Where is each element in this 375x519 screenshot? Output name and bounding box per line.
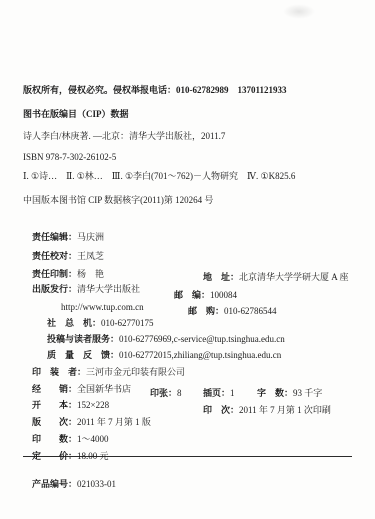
wordcount-value: 93 千字: [293, 388, 322, 398]
inserts-cell: 插页：1: [203, 387, 235, 399]
printrun-row: 印 数：1～4000: [23, 421, 355, 433]
cip-heading: 图书在版编目（CIP）数据: [23, 108, 355, 120]
edition-row: 版 次：2011 年 7 月第 1 版 印 次：2011 年 7 月第 1 次印…: [23, 404, 355, 416]
printer-row: 印 装 者：三河市金元印装有限公司: [23, 354, 355, 366]
mailorder-value: 010-62786544: [224, 306, 277, 316]
sheets-value: 8: [177, 388, 182, 398]
price-value: 18.00 元: [77, 451, 109, 461]
postcode-value: 100084: [210, 290, 237, 300]
staff-row-proofreader: 责任校对：王凤芝: [23, 238, 355, 250]
book-copyright-page: 版权所有，侵权必究。侵权举报电话：010-62782989 1370112193…: [0, 0, 375, 519]
cip-isbn-line: ISBN 978-7-302-26102-5: [23, 151, 355, 163]
scan-artifact: [283, 4, 315, 19]
cip-record-line: 中国版本图书馆 CIP 数据核字(2011)第 120264 号: [23, 194, 355, 206]
mailorder-label: 邮 购：: [188, 306, 224, 316]
cip-title-line: 诗人李白/林庚著. —北京：清华大学出版社，2011.7: [23, 130, 355, 142]
impression-label: 印 次：: [203, 405, 239, 415]
product-number-row: 产品编号：021033-01: [23, 466, 355, 478]
cip-classification-line: Ⅰ. ①诗… Ⅱ. ①林… Ⅲ. ①李白(701～762)－人物研究 Ⅳ. ①K…: [23, 170, 355, 182]
website-row: http://www.tup.com.cn 邮 编：100084: [23, 289, 355, 301]
switchboard-row: 社 总 机：010-62770175 邮 购：010-62786544: [23, 305, 355, 317]
inserts-label: 插页：: [203, 388, 230, 398]
product-number-label: 产品编号：: [32, 479, 77, 489]
staff-row-print-supervisor: 责任印制：杨 艳: [23, 256, 355, 268]
postcode-cell: 邮 编：100084: [174, 289, 237, 301]
impression-value: 2011 年 7 月第 1 次印刷: [239, 405, 331, 415]
wordcount-cell: 字 数：93 千字: [257, 387, 322, 399]
product-number-value: 021033-01: [77, 479, 116, 489]
distributor-row: 经 销：全国新华书店: [23, 371, 355, 383]
address-label: 地 址：: [203, 272, 239, 282]
address-value: 北京清华大学学研大厦 A 座: [239, 272, 349, 282]
postcode-label: 邮 编：: [174, 290, 210, 300]
price-row: 定 价：18.00 元: [23, 438, 355, 450]
wordcount-label: 字 数：: [257, 388, 293, 398]
reader-service-row: 投稿与读者服务：010-62776969,c-service@tup.tsing…: [23, 321, 355, 333]
address-cell: 地 址：北京清华大学学研大厦 A 座: [203, 271, 349, 283]
quality-feedback-row: 质 量 反 馈：010-62772015,zhiliang@tup.tsingh…: [23, 337, 355, 349]
impression-cell: 印 次：2011 年 7 月第 1 次印刷: [203, 404, 331, 416]
publisher-row: 出版发行：清华大学出版社 地 址：北京清华大学学研大厦 A 座: [23, 271, 355, 283]
price-label: 定 价：: [32, 451, 77, 461]
inserts-value: 1: [230, 388, 235, 398]
sheets-cell: 印张：8: [150, 387, 182, 399]
copyright-notice: 版权所有，侵权必究。侵权举报电话：010-62782989 1370112193…: [23, 84, 355, 96]
staff-row-editor: 责任编辑：马庆洲: [23, 219, 355, 231]
format-row: 开 本：152×228 印张：8 插页：1 字 数：93 千字: [23, 387, 355, 399]
sheets-label: 印张：: [150, 388, 177, 398]
mailorder-cell: 邮 购：010-62786544: [188, 305, 277, 317]
